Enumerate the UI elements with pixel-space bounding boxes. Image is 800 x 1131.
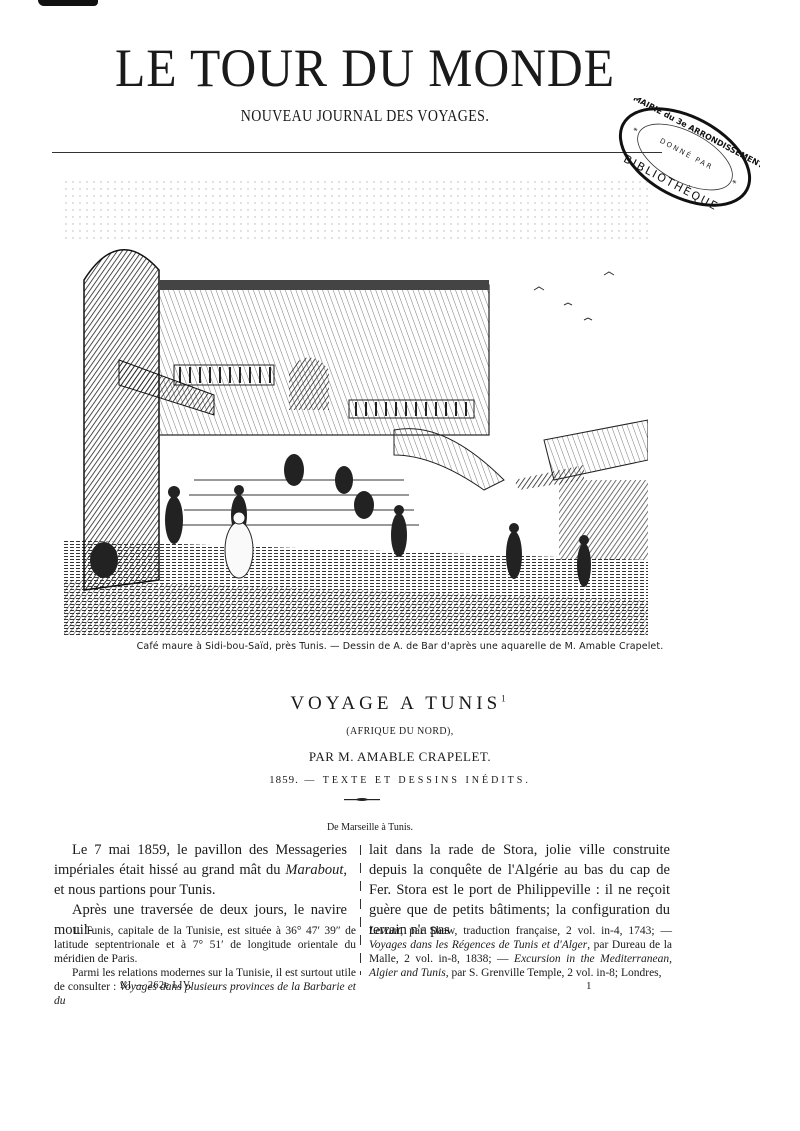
article-region: (AFRIQUE DU NORD), (40, 725, 760, 737)
article-date-line: 1859. — TEXTE ET DESSINS INÉDITS. (0, 774, 800, 786)
article-edition-note: — TEXTE ET DESSINS INÉDITS. (304, 775, 530, 786)
paragraph: Le 7 mai 1859, le pavillon des Messageri… (54, 840, 347, 900)
footnote-reference[interactable]: 1 (501, 694, 510, 704)
caption-text-end: de Bar d'après une aquarelle de M. Amabl… (403, 641, 663, 652)
footnote-1-continued: Parmi les relations modernes sur la Tuni… (54, 966, 356, 1008)
article-title: VOYAGE A TUNIS1 (0, 693, 800, 715)
illustration-caption: Café maure à Sidi-bou-Saïd, près Tunis. … (60, 641, 740, 652)
volume-issue: XI — 262e LIV. (120, 980, 192, 991)
stamp-middle-text: DONNÉ PAR (658, 136, 715, 172)
svg-text:*: * (729, 177, 738, 188)
column-separator (360, 845, 361, 975)
ink-smudge (38, 0, 98, 6)
ship-name: Marabout (285, 862, 343, 878)
section-heading: De Marseille à Tunis. (0, 822, 740, 833)
article-year: 1859. (269, 774, 299, 786)
caption-artist-initial: A. (393, 641, 403, 652)
journal-title: LE TOUR DU MONDE (107, 40, 622, 96)
page-number: 1 (586, 980, 592, 992)
ornament-divider-icon (344, 798, 380, 801)
journal-subtitle: NOUVEAU JOURNAL DES VOYAGES. (230, 106, 501, 126)
engraving-illustration (64, 180, 648, 635)
footnote-1: 1. Tunis, capitale de la Tunisie, est si… (54, 924, 356, 966)
article-author: PAR M. AMABLE CRAPELET. (0, 749, 800, 765)
caption-text: Café maure à Sidi-bou-Saïd, près Tunis. … (137, 641, 394, 652)
footnote-1-references: Levant, par Shaw, traduction française, … (369, 924, 672, 980)
footnotes-right: Levant, par Shaw, traduction française, … (369, 924, 672, 980)
masthead-rule (52, 152, 662, 153)
footnotes-left: 1. Tunis, capitale de la Tunisie, est si… (54, 924, 356, 1008)
article-title-text: VOYAGE A TUNIS (290, 693, 501, 714)
